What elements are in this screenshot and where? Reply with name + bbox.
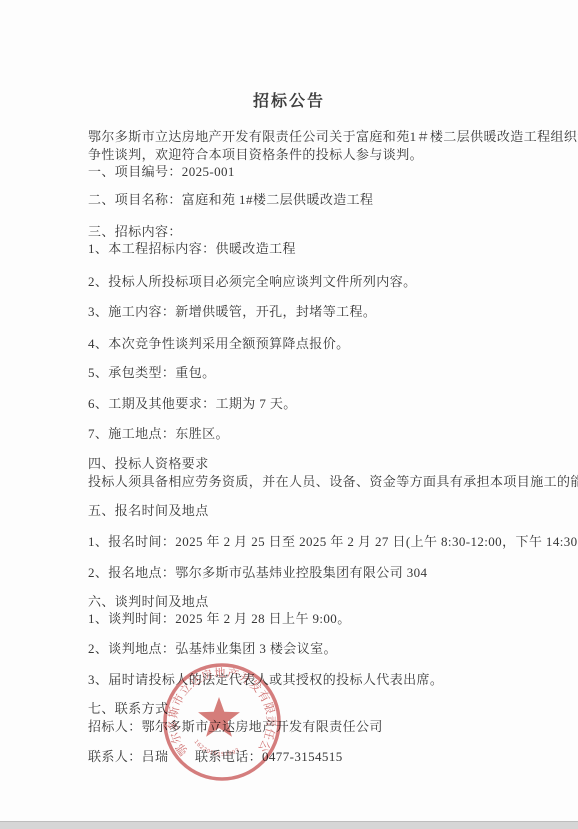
tender-content-item-2: 2、投标人所投标项目必须完全响应谈判文件所列内容。 [88, 274, 417, 289]
contact-person-line: 联系人：吕瑞 [88, 749, 168, 764]
tender-content-item-6: 6、工期及其他要求：工期为 7 天。 [88, 396, 297, 411]
negotiation-heading: 六、谈判时间及地点 [88, 594, 209, 609]
svg-text:鄂尔多斯市立达房地产开发有限责任公司: 鄂尔多斯市立达房地产开发有限责任公司 [142, 642, 278, 758]
tender-content-item-3: 3、施工内容：新增供暖管，开孔，封堵等工程。 [88, 304, 376, 319]
scanned-document-page: 招标公告 鄂尔多斯市立达房地产开发有限责任公司关于富庭和苑1＃楼二层供暖改造工程… [0, 0, 578, 829]
registration-time-line: 1、报名时间：2025 年 2 月 25 日至 2025 年 2 月 27 日(… [88, 534, 578, 549]
registration-place-line: 2、报名地点：鄂尔多斯市弘基炜业控股集团有限公司 304 [88, 565, 427, 580]
project-name-line: 二、项目名称：富庭和苑 1#楼二层供暖改造工程 [88, 192, 373, 207]
negotiation-place-line: 2、谈判地点：弘基炜业集团 3 楼会议室。 [88, 641, 337, 656]
tender-content-item-1: 1、本工程招标内容：供暖改造工程 [88, 241, 296, 256]
tender-content-item-5: 5、承包类型：重包。 [88, 365, 216, 380]
tenderer-line: 招标人：鄂尔多斯市立达房地产开发有限责任公司 [88, 719, 383, 734]
contact-phone-line: 联系电话：0477-3154515 [195, 749, 343, 764]
page-title: 招标公告 [0, 88, 578, 111]
seal-company-arc-text: 鄂尔多斯市立达房地产开发有限责任公司 [142, 642, 278, 758]
project-number-line: 一、项目编号：2025-001 [88, 164, 235, 179]
intro-line-2: 争性谈判，欢迎符合本项目资格条件的投标人参与谈判。 [88, 147, 423, 162]
tender-content-item-7: 7、施工地点：东胜区。 [88, 426, 229, 441]
qualification-text: 投标人须具备相应劳务资质，并在人员、设备、资金等方面具有承担本项目施工的能力。 [88, 474, 578, 489]
contact-heading: 七、联系方式 [88, 701, 168, 716]
negotiation-attendee-line: 3、届时请投标人的法定代表人或其授权的投标人代表出席。 [88, 672, 443, 687]
negotiation-time-line: 1、谈判时间：2025 年 2 月 28 日上午 9:00。 [88, 611, 351, 626]
intro-line-1: 鄂尔多斯市立达房地产开发有限责任公司关于富庭和苑1＃楼二层供暖改造工程组织竞 [88, 129, 578, 144]
scan-bottom-edge [0, 821, 578, 829]
qualification-heading: 四、投标人资格要求 [88, 456, 209, 471]
registration-heading: 五、报名时间及地点 [88, 503, 209, 518]
tender-content-heading: 三、招标内容： [88, 224, 182, 239]
tender-content-item-4: 4、本次竞争性谈判采用全额预算降点报价。 [88, 336, 350, 351]
